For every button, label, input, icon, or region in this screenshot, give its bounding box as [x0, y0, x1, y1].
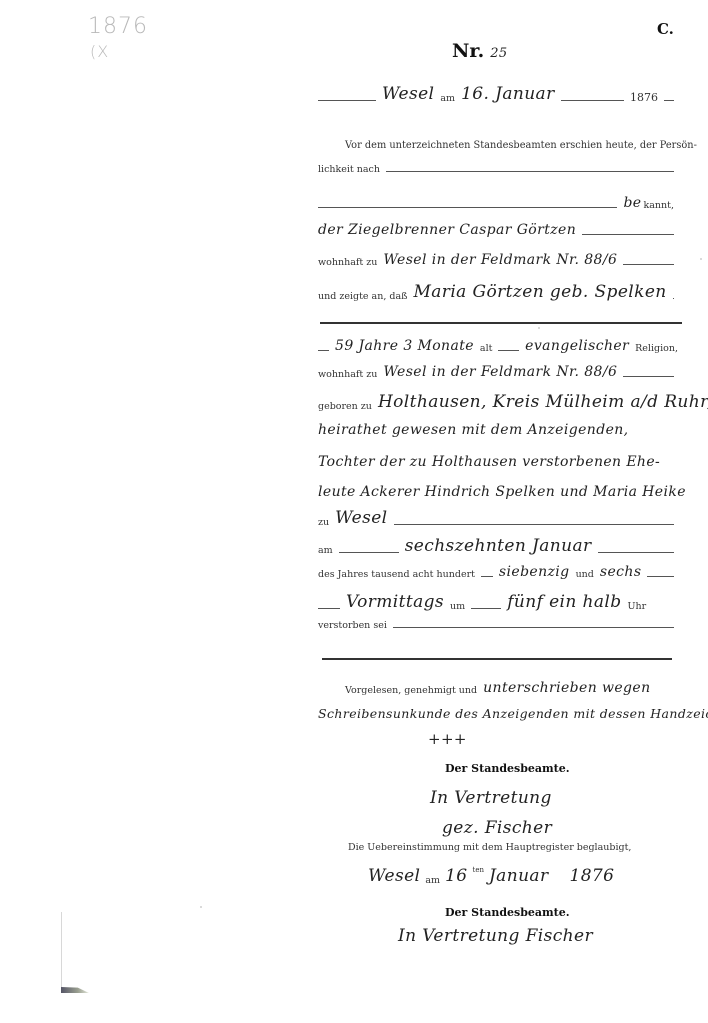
death-place-line: zu Wesel	[318, 508, 674, 528]
scan-corner-mark	[61, 987, 89, 993]
blank-line	[647, 575, 674, 577]
blank-line	[498, 349, 519, 351]
blank-line	[481, 575, 493, 577]
death-year-label: des Jahres tausend acht hundert	[318, 569, 475, 580]
registrar-signature-line-2: gez. Fischer	[442, 818, 552, 838]
blank-line	[318, 99, 376, 101]
header-date: 16. Januar	[461, 84, 555, 104]
residence-value: Wesel in der Feldmark Nr. 88/6	[383, 364, 617, 380]
death-year-value-1: siebenzig	[499, 564, 570, 580]
blank-line	[623, 375, 674, 377]
death-date-value: sechszehnten Januar	[405, 536, 592, 556]
header-line: Wesel am 16. Januar 1876	[318, 84, 674, 104]
number-value: 25	[490, 46, 507, 61]
number-label: Nr.	[452, 40, 484, 62]
blank-line	[339, 551, 399, 553]
blank-line	[673, 297, 674, 299]
death-time-period: Vormittags	[346, 592, 444, 612]
death-date-label: am	[318, 545, 333, 556]
blank-line	[561, 99, 624, 101]
blank-line	[582, 233, 674, 235]
und-label: und	[576, 569, 594, 580]
blank-line	[386, 170, 674, 172]
residence-line-2: wohnhaft zu Wesel in der Feldmark Nr. 88…	[318, 364, 674, 380]
closing-label: Vorgelesen, genehmigt und	[345, 685, 477, 696]
blank-line	[318, 206, 617, 208]
report-line: und zeigte an, daß Maria Görtzen geb. Sp…	[318, 282, 674, 302]
birth-value: Holthausen, Kreis Mülheim a/d Ruhr, ver-	[378, 392, 708, 412]
closing-line-1: Vorgelesen, genehmigt und unterschrieben…	[345, 680, 675, 696]
alt-label: alt	[480, 343, 493, 354]
age-value: 59 Jahre 3 Monate	[335, 338, 474, 354]
died-label: verstorben sei	[318, 620, 387, 631]
am-label: am	[425, 875, 440, 886]
residence-value: Wesel in der Feldmark Nr. 88/6	[383, 252, 617, 268]
scan-speck	[700, 258, 702, 260]
blank-line	[394, 523, 675, 525]
intro-printed-1: Vor dem unterzeichneten Standesbeamten e…	[345, 140, 697, 151]
certification-text: Die Uebereinstimmung mit dem Hauptregist…	[348, 842, 631, 853]
certification-month: Januar	[489, 866, 549, 886]
free-line-1: heirathet gewesen mit dem Anzeigenden,	[318, 422, 629, 438]
religion-label: Religion,	[635, 343, 678, 354]
header-place: Wesel	[382, 84, 434, 104]
report-label: und zeigte an, daß	[318, 291, 407, 302]
free-line-3: leute Ackerer Hindrich Spelken und Maria…	[318, 484, 686, 500]
blank-line	[318, 349, 329, 351]
scan-speck	[200, 906, 202, 908]
religion-value: evangelischer	[525, 338, 629, 354]
record-number: Nr. 25	[452, 40, 508, 62]
certification-day: 16	[445, 866, 467, 886]
deceased-name: Maria Görtzen geb. Spelken	[413, 282, 666, 302]
blank-line	[664, 99, 674, 101]
registrar-title: Der Standesbeamte.	[445, 762, 570, 775]
closing-text-1: unterschrieben wegen	[483, 680, 650, 696]
header-year: 1876	[630, 91, 658, 104]
informant-marks: +++	[428, 730, 467, 748]
died-line: verstorben sei	[318, 620, 674, 631]
pencil-note-year: 1876	[88, 14, 148, 39]
certification-date-line: Wesel am 16 ten Januar 1876	[368, 866, 678, 886]
blank-line	[623, 263, 674, 265]
age-religion-line: 59 Jahre 3 Monate alt evangelischer Reli…	[318, 338, 678, 354]
am-label: am	[440, 93, 455, 104]
free-line-2: Tochter der zu Holthausen verstorbenen E…	[318, 454, 660, 470]
death-year-line: des Jahres tausend acht hundert siebenzi…	[318, 564, 674, 580]
blank-line	[598, 551, 674, 553]
blank-line	[471, 607, 501, 609]
section-divider	[322, 658, 672, 660]
death-time-line: Vormittags um fünf ein halb Uhr	[318, 592, 678, 612]
death-year-value-2: sechs	[600, 564, 642, 580]
certification-place: Wesel	[368, 866, 420, 886]
informant-line: der Ziegelbrenner Caspar Görtzen	[318, 222, 674, 238]
scan-edge-mark	[61, 912, 62, 987]
death-time-hour: fünf ein halb	[507, 592, 621, 612]
blank-line	[318, 607, 340, 609]
residence-label: wohnhaft zu	[318, 257, 377, 268]
intro-printed-2: lichkeit nach	[318, 164, 380, 175]
registrar-signature-2: In Vertretung Fischer	[398, 926, 593, 946]
certification-year: 1876	[569, 866, 614, 886]
birth-line: geboren zu Holthausen, Kreis Mülheim a/d…	[318, 392, 678, 412]
intro-line-2: lichkeit nach	[318, 164, 674, 175]
death-place-label: zu	[318, 517, 329, 528]
pencil-note-mark: (X	[90, 42, 109, 61]
intro-printed-3: kannt,	[644, 200, 675, 211]
birth-label: geboren zu	[318, 401, 372, 412]
handwritten-be: be	[623, 195, 641, 211]
um-label: um	[450, 601, 465, 612]
blank-line	[393, 626, 674, 628]
registrar-signature-line-1: In Vertretung	[430, 788, 552, 808]
certification-day-suffix: ten	[473, 866, 484, 874]
informant-value: der Ziegelbrenner Caspar Görtzen	[318, 222, 576, 238]
uhr-label: Uhr	[628, 601, 647, 612]
registrar-title-2: Der Standesbeamte.	[445, 906, 570, 919]
residence-label: wohnhaft zu	[318, 369, 377, 380]
death-place-value: Wesel	[335, 508, 387, 528]
form-letter: C.	[657, 20, 674, 38]
closing-text-2: Schreibensunkunde des Anzeigenden mit de…	[318, 706, 708, 721]
section-divider	[320, 322, 682, 324]
residence-line-1: wohnhaft zu Wesel in der Feldmark Nr. 88…	[318, 252, 674, 268]
death-date-line: am sechszehnten Januar	[318, 536, 674, 556]
scan-speck	[538, 327, 540, 329]
intro-line-3: be kannt,	[318, 195, 674, 211]
